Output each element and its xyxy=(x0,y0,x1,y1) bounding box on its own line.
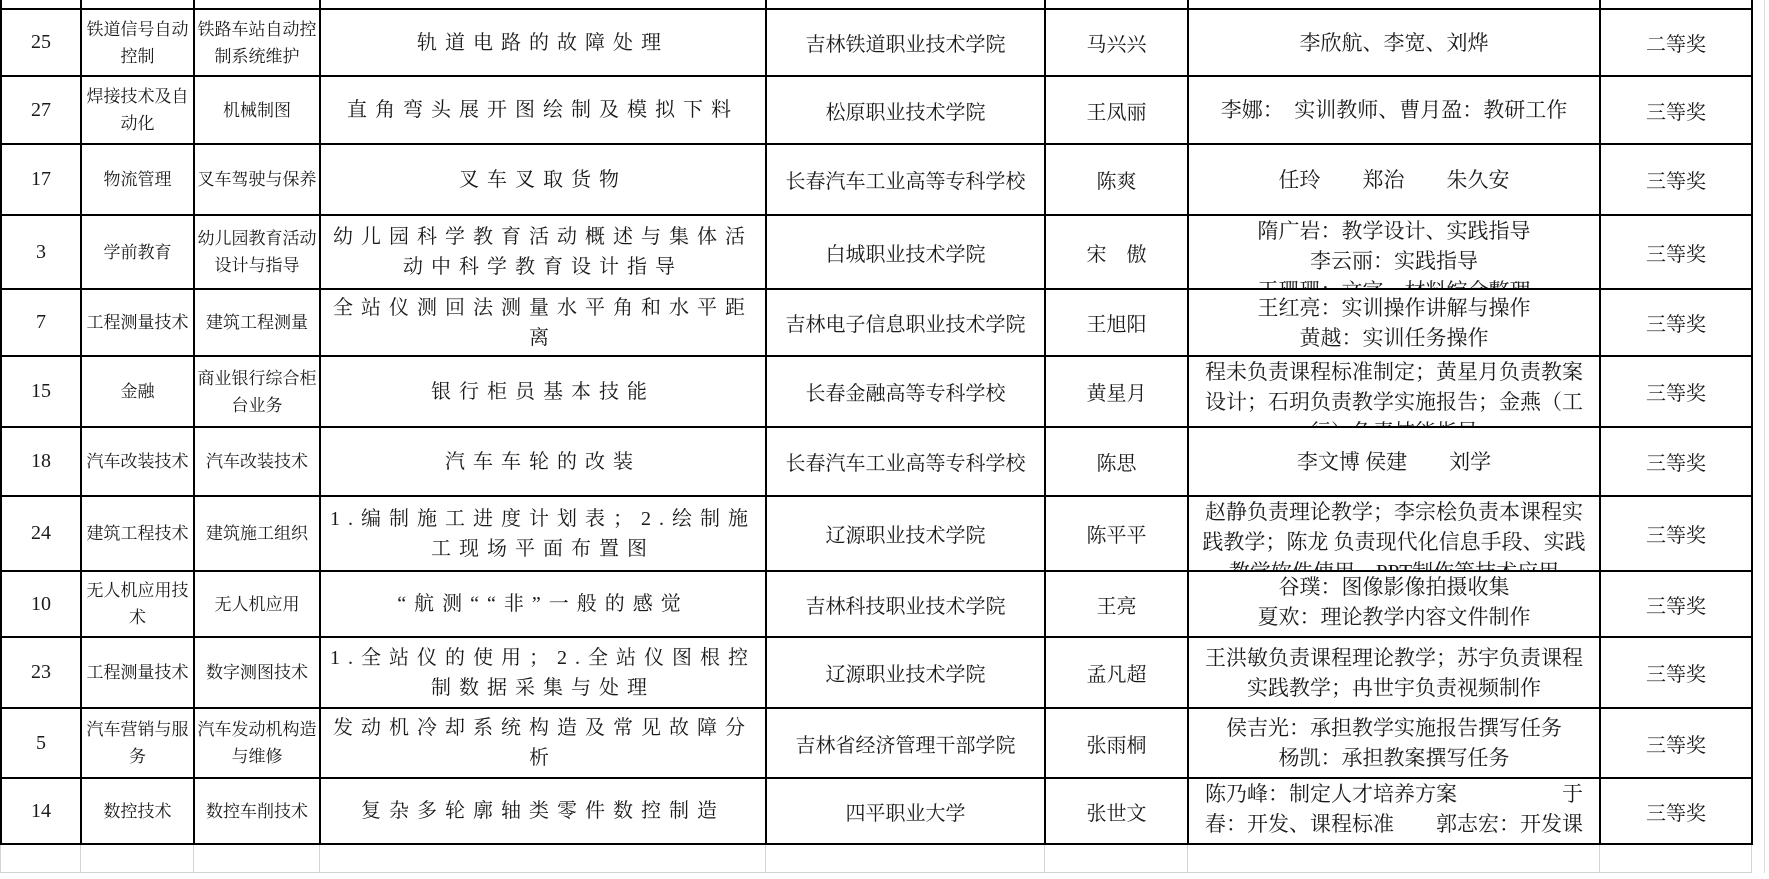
cell-award[interactable]: 二等奖 xyxy=(1601,10,1753,77)
cell-team[interactable]: 隋广岩：教学设计、实践指导李云丽：实践指导王珊珊：文字、材料综合整理 xyxy=(1189,216,1601,290)
cell-team[interactable]: 侯吉光：承担教学实施报告撰写任务杨凯：承担教案撰写任务 xyxy=(1189,709,1601,779)
cell-team[interactable]: 陈乃峰：制定人才培养方案 于春：开发、课程标准 郭志宏：开发课程标准 xyxy=(1189,779,1601,845)
cell-work[interactable]: “航测““非”一般的感觉 xyxy=(321,572,767,638)
cell-work[interactable]: 幼儿园科学教育活动概述与集体活动中科学教育设计指导 xyxy=(321,216,767,290)
team-line: 王红亮：实训操作讲解与操作 xyxy=(1196,293,1592,323)
major-text: 无人机应用技术 xyxy=(84,577,191,631)
cell-award[interactable]: 三等奖 xyxy=(1601,428,1753,497)
cell-teacher[interactable]: 王凤丽 xyxy=(1046,77,1189,145)
cell-school[interactable]: 长春汽车工业高等专科学校 xyxy=(767,428,1046,497)
cell-work[interactable]: 轨道电路的故障处理 xyxy=(321,10,767,77)
table-row: 18 汽车改装技术 汽车改装技术 汽车车轮的改装 长春汽车工业高等专科学校 陈思… xyxy=(0,428,1753,497)
course-text: 铁路车站自动控制系统维护 xyxy=(197,16,317,70)
cell-award[interactable] xyxy=(1601,0,1753,10)
teacher-name: 黄星月 xyxy=(1046,377,1187,406)
major-text: 物流管理 xyxy=(84,166,191,193)
work-title-text: 银行柜员基本技能 xyxy=(322,377,764,407)
row-number: 24 xyxy=(2,522,80,545)
school-text: 长春汽车工业高等专科学校 xyxy=(767,447,1044,476)
row-number: 14 xyxy=(2,800,80,823)
work-title-text: 发动机冷却系统构造及常见故障分析 xyxy=(322,713,764,773)
work-title-text: 1.编制施工进度计划表；2.绘制施工现场平面布置图 xyxy=(322,504,764,564)
teacher-name: 陈平平 xyxy=(1046,519,1187,548)
course-text: 建筑工程测量 xyxy=(197,309,317,336)
school-text: 白城职业技术学院 xyxy=(767,238,1044,267)
teacher-name: 陈思 xyxy=(1046,447,1187,476)
cell-work[interactable]: 叉车叉取货物 xyxy=(321,145,767,216)
work-title-text: 轨道电路的故障处理 xyxy=(322,28,764,58)
cell-no[interactable]: 18 xyxy=(2,428,82,497)
award-badge: 三等奖 xyxy=(1601,308,1751,337)
major-text: 汽车改装技术 xyxy=(84,448,191,475)
cell-school[interactable]: 吉林铁道职业技术学院 xyxy=(767,10,1046,77)
team-line: 李云丽：实践指导 xyxy=(1196,246,1592,276)
school-text: 吉林科技职业技术学院 xyxy=(767,590,1044,619)
major-text: 工程测量技术 xyxy=(84,659,191,686)
cell-course[interactable]: 数字测图技术 xyxy=(195,638,321,709)
cell-school[interactable]: 辽源职业技术学院 xyxy=(767,497,1046,572)
results-table: 25 铁道信号自动控制 铁路车站自动控制系统维护 轨道电路的故障处理 吉林铁道职… xyxy=(0,0,1753,873)
course-text: 建筑施工组织 xyxy=(197,520,317,547)
cell-major[interactable] xyxy=(82,0,195,10)
teacher-name: 宋 傲 xyxy=(1046,238,1187,267)
cell-course[interactable]: 机械制图 xyxy=(195,77,321,145)
cell-teacher[interactable]: 宋 傲 xyxy=(1046,216,1189,290)
course-text: 汽车发动机构造与维修 xyxy=(197,716,317,770)
cell-no[interactable]: 25 xyxy=(2,10,82,77)
cell-no[interactable]: 17 xyxy=(2,145,82,216)
cell-no[interactable] xyxy=(2,0,82,10)
team-line: 夏欢：理论教学内容文件制作 xyxy=(1196,602,1592,632)
gridline-right xyxy=(1764,0,1765,873)
row-number: 7 xyxy=(2,311,80,334)
course-text: 机械制图 xyxy=(197,97,317,124)
award-badge: 三等奖 xyxy=(1601,797,1751,826)
award-badge: 三等奖 xyxy=(1601,590,1751,619)
cell-school[interactable]: 吉林科技职业技术学院 xyxy=(767,572,1046,638)
row-number: 10 xyxy=(2,593,80,616)
cell-team[interactable]: 谷璞：图像影像拍摄收集夏欢：理论教学内容文件制作邓天阳 实训内容文件制作 xyxy=(1189,572,1601,638)
school-text: 长春汽车工业高等专科学校 xyxy=(767,165,1044,194)
cell-course[interactable]: 商业银行综合柜台业务 xyxy=(195,357,321,428)
cell-school[interactable] xyxy=(766,845,1045,873)
cell-work[interactable]: 1.编制施工进度计划表；2.绘制施工现场平面布置图 xyxy=(321,497,767,572)
cell-team[interactable]: 王洪敏负责课程理论教学；苏宇负责课程实践教学；冉世宇负责视频制作 xyxy=(1189,638,1601,709)
work-title-text: 复杂多轮廓轴类零件数控制造 xyxy=(322,796,764,826)
cell-work[interactable]: 全站仪测回法测量水平角和水平距离 xyxy=(321,290,767,357)
cell-team[interactable] xyxy=(1188,845,1600,873)
cell-no[interactable]: 14 xyxy=(2,779,82,845)
cell-no[interactable]: 3 xyxy=(2,216,82,290)
award-badge: 三等奖 xyxy=(1601,729,1751,758)
table-row: 15 金融 商业银行综合柜台业务 银行柜员基本技能 长春金融高等专科学校 黄星月… xyxy=(0,357,1753,428)
cell-school[interactable]: 长春汽车工业高等专科学校 xyxy=(767,145,1046,216)
teacher-name: 陈爽 xyxy=(1046,165,1187,194)
team-line: 任玲 郑治 朱久安 xyxy=(1196,165,1592,195)
cell-work[interactable]: 直角弯头展开图绘制及模拟下料 xyxy=(321,77,767,145)
award-badge: 三等奖 xyxy=(1601,519,1751,548)
cell-team[interactable]: 赵静负责理论教学；李宗桧负责本课程实践教学；陈龙 负责现代化信息手段、实践教学软… xyxy=(1189,497,1601,572)
award-badge: 二等奖 xyxy=(1601,28,1751,57)
team-line: 李娜： 实训教师、曹月盈：教研工作 xyxy=(1196,95,1592,125)
cell-award[interactable]: 三等奖 xyxy=(1601,216,1753,290)
row-number: 15 xyxy=(2,380,80,403)
cell-major[interactable]: 金融 xyxy=(82,357,195,428)
cell-team[interactable]: 李文博 侯建 刘学 xyxy=(1189,428,1601,497)
team-members: 陈乃峰：制定人才培养方案 于春：开发、课程标准 郭志宏：开发课程标准 xyxy=(1196,779,1592,845)
cell-teacher[interactable]: 孟凡超 xyxy=(1046,638,1189,709)
team-members: 王红亮：实训操作讲解与操作黄越：实训任务操作 xyxy=(1196,293,1592,353)
cell-award[interactable]: 三等奖 xyxy=(1601,572,1753,638)
cell-no[interactable]: 15 xyxy=(2,357,82,428)
team-line: 王珊珊：文字、材料综合整理 xyxy=(1196,276,1592,290)
award-badge: 三等奖 xyxy=(1601,658,1751,687)
cell-course[interactable]: 无人机应用 xyxy=(195,572,321,638)
table-row-empty xyxy=(0,845,1753,873)
cell-work[interactable]: 1.全站仪的使用；2.全站仪图根控制数据采集与处理 xyxy=(321,638,767,709)
cell-teacher[interactable]: 张雨桐 xyxy=(1046,709,1189,779)
course-text: 无人机应用 xyxy=(197,591,317,618)
team-line: 谷璞：图像影像拍摄收集 xyxy=(1196,572,1592,602)
school-text: 长春金融高等专科学校 xyxy=(767,377,1044,406)
team-members: 隋广岩：教学设计、实践指导李云丽：实践指导王珊珊：文字、材料综合整理 xyxy=(1196,216,1592,290)
cell-team[interactable]: 王红亮：实训操作讲解与操作黄越：实训任务操作 xyxy=(1189,290,1601,357)
cell-course[interactable]: 汽车发动机构造与维修 xyxy=(195,709,321,779)
cell-team[interactable]: 任玲 郑治 朱久安 xyxy=(1189,145,1601,216)
table-row: 7 工程测量技术 建筑工程测量 全站仪测回法测量水平角和水平距离 吉林电子信息职… xyxy=(0,290,1753,357)
course-text: 叉车驾驶与保养 xyxy=(197,166,317,193)
teacher-name: 孟凡超 xyxy=(1046,658,1187,687)
work-title-text: 1.全站仪的使用；2.全站仪图根控制数据采集与处理 xyxy=(322,643,764,703)
cell-major[interactable]: 学前教育 xyxy=(82,216,195,290)
teacher-name: 张世文 xyxy=(1046,797,1187,826)
work-title-text: 叉车叉取货物 xyxy=(322,165,764,195)
cell-course[interactable]: 汽车改装技术 xyxy=(195,428,321,497)
team-members: 谷璞：图像影像拍摄收集夏欢：理论教学内容文件制作邓天阳 实训内容文件制作 xyxy=(1196,572,1592,638)
team-members: 任玲 郑治 朱久安 xyxy=(1196,165,1592,195)
table-row: 23 工程测量技术 数字测图技术 1.全站仪的使用；2.全站仪图根控制数据采集与… xyxy=(0,638,1753,709)
team-members: 程未负责课程标准制定；黄星月负责教案设计；石玥负责教学实施报告；金燕（工行）负责… xyxy=(1196,357,1592,428)
award-badge: 三等奖 xyxy=(1601,447,1751,476)
teacher-name: 王凤丽 xyxy=(1046,96,1187,125)
course-text: 汽车改装技术 xyxy=(197,448,317,475)
cell-teacher[interactable]: 马兴兴 xyxy=(1046,10,1189,77)
award-badge: 三等奖 xyxy=(1601,165,1751,194)
table-row: 24 建筑工程技术 建筑施工组织 1.编制施工进度计划表；2.绘制施工现场平面布… xyxy=(0,497,1753,572)
team-line: 李欣航、李宽、刘烨 xyxy=(1196,28,1592,58)
cell-teacher[interactable]: 陈平平 xyxy=(1046,497,1189,572)
table-row: 27 焊接技术及自动化 机械制图 直角弯头展开图绘制及模拟下料 松原职业技术学院… xyxy=(0,77,1753,145)
award-badge: 三等奖 xyxy=(1601,377,1751,406)
cell-award[interactable]: 三等奖 xyxy=(1601,357,1753,428)
cell-no[interactable] xyxy=(1,845,81,873)
major-text: 金融 xyxy=(84,378,191,405)
cell-team[interactable]: 李娜： 实训教师、曹月盈：教研工作 xyxy=(1189,77,1601,145)
cell-award[interactable]: 三等奖 xyxy=(1601,290,1753,357)
team-line: 隋广岩：教学设计、实践指导 xyxy=(1196,216,1592,246)
school-text: 吉林电子信息职业技术学院 xyxy=(767,308,1044,337)
table-row: 5 汽车营销与服务 汽车发动机构造与维修 发动机冷却系统构造及常见故障分析 吉林… xyxy=(0,709,1753,779)
teacher-name: 王旭阳 xyxy=(1046,308,1187,337)
cell-school[interactable]: 松原职业技术学院 xyxy=(767,77,1046,145)
cell-no[interactable]: 23 xyxy=(2,638,82,709)
course-text: 幼儿园教育活动设计与指导 xyxy=(197,225,317,279)
cell-major[interactable]: 无人机应用技术 xyxy=(82,572,195,638)
award-badge: 三等奖 xyxy=(1601,238,1751,267)
work-title-text: “航测““非”一般的感觉 xyxy=(322,589,764,619)
cell-major[interactable] xyxy=(81,845,194,873)
cell-major[interactable]: 工程测量技术 xyxy=(82,638,195,709)
cell-major[interactable]: 汽车营销与服务 xyxy=(82,709,195,779)
cell-teacher[interactable]: 黄星月 xyxy=(1046,357,1189,428)
cell-award[interactable]: 三等奖 xyxy=(1601,779,1753,845)
school-text: 四平职业大学 xyxy=(767,797,1044,826)
work-title-text: 直角弯头展开图绘制及模拟下料 xyxy=(322,95,764,125)
major-text: 工程测量技术 xyxy=(84,309,191,336)
cell-teacher[interactable]: 王亮 xyxy=(1046,572,1189,638)
cell-teacher[interactable]: 张世文 xyxy=(1046,779,1189,845)
cell-team[interactable] xyxy=(1189,0,1601,10)
team-members: 侯吉光：承担教学实施报告撰写任务杨凯：承担教案撰写任务 xyxy=(1196,713,1592,773)
row-number: 3 xyxy=(2,241,80,264)
major-text: 汽车营销与服务 xyxy=(84,716,191,770)
cell-no[interactable]: 10 xyxy=(2,572,82,638)
cell-team[interactable]: 李欣航、李宽、刘烨 xyxy=(1189,10,1601,77)
school-text: 松原职业技术学院 xyxy=(767,96,1044,125)
cell-no[interactable]: 24 xyxy=(2,497,82,572)
school-text: 吉林铁道职业技术学院 xyxy=(767,28,1044,57)
cell-work[interactable]: 银行柜员基本技能 xyxy=(321,357,767,428)
cell-award[interactable]: 三等奖 xyxy=(1601,145,1753,216)
team-line: 李文博 侯建 刘学 xyxy=(1196,447,1592,477)
cell-award[interactable]: 三等奖 xyxy=(1601,709,1753,779)
cell-teacher[interactable]: 王旭阳 xyxy=(1046,290,1189,357)
cell-team[interactable]: 程未负责课程标准制定；黄星月负责教案设计；石玥负责教学实施报告；金燕（工行）负责… xyxy=(1189,357,1601,428)
award-badge: 三等奖 xyxy=(1601,96,1751,125)
work-title-text: 全站仪测回法测量水平角和水平距离 xyxy=(322,293,764,353)
cell-major[interactable]: 铁道信号自动控制 xyxy=(82,10,195,77)
cell-work[interactable]: 发动机冷却系统构造及常见故障分析 xyxy=(321,709,767,779)
cell-school[interactable]: 辽源职业技术学院 xyxy=(767,638,1046,709)
row-number: 25 xyxy=(2,31,80,54)
school-text: 辽源职业技术学院 xyxy=(767,658,1044,687)
cell-course[interactable]: 叉车驾驶与保养 xyxy=(195,145,321,216)
major-text: 铁道信号自动控制 xyxy=(84,16,191,70)
school-text: 辽源职业技术学院 xyxy=(767,519,1044,548)
row-number: 17 xyxy=(2,168,80,191)
work-title-text: 幼儿园科学教育活动概述与集体活动中科学教育设计指导 xyxy=(322,222,764,282)
cell-school[interactable]: 白城职业技术学院 xyxy=(767,216,1046,290)
cell-course[interactable]: 数控车削技术 xyxy=(195,779,321,845)
cell-work[interactable]: 汽车车轮的改装 xyxy=(321,428,767,497)
team-line: 陈乃峰：制定人才培养方案 于春：开发、课程标准 郭志宏：开发课程标准 xyxy=(1196,779,1592,845)
cell-teacher[interactable]: 陈思 xyxy=(1046,428,1189,497)
table-row: 3 学前教育 幼儿园教育活动设计与指导 幼儿园科学教育活动概述与集体活动中科学教… xyxy=(0,216,1753,290)
cell-award[interactable]: 三等奖 xyxy=(1601,638,1753,709)
team-members: 李娜： 实训教师、曹月盈：教研工作 xyxy=(1196,95,1592,125)
major-text: 焊接技术及自动化 xyxy=(84,83,191,137)
table-row-clipped-top xyxy=(0,0,1753,10)
cell-no[interactable]: 27 xyxy=(2,77,82,145)
cell-major[interactable]: 焊接技术及自动化 xyxy=(82,77,195,145)
cell-school[interactable]: 吉林电子信息职业技术学院 xyxy=(767,290,1046,357)
team-line: 杨凯：承担教案撰写任务 xyxy=(1196,743,1592,773)
course-text: 商业银行综合柜台业务 xyxy=(197,365,317,419)
cell-course[interactable]: 建筑工程测量 xyxy=(195,290,321,357)
course-text: 数字测图技术 xyxy=(197,659,317,686)
cell-course[interactable]: 铁路车站自动控制系统维护 xyxy=(195,10,321,77)
cell-school[interactable]: 吉林省经济管理干部学院 xyxy=(767,709,1046,779)
cell-major[interactable]: 汽车改装技术 xyxy=(82,428,195,497)
row-number: 23 xyxy=(2,661,80,684)
cell-work[interactable] xyxy=(320,845,766,873)
cell-course[interactable] xyxy=(195,0,321,10)
cell-award[interactable] xyxy=(1600,845,1752,873)
table-row: 10 无人机应用技术 无人机应用 “航测““非”一般的感觉 吉林科技职业技术学院… xyxy=(0,572,1753,638)
cell-award[interactable]: 三等奖 xyxy=(1601,77,1753,145)
cell-major[interactable]: 数控技术 xyxy=(82,779,195,845)
team-line: 侯吉光：承担教学实施报告撰写任务 xyxy=(1196,713,1592,743)
table-row: 17 物流管理 叉车驾驶与保养 叉车叉取货物 长春汽车工业高等专科学校 陈爽 任… xyxy=(0,145,1753,216)
cell-course[interactable] xyxy=(194,845,320,873)
table-row: 25 铁道信号自动控制 铁路车站自动控制系统维护 轨道电路的故障处理 吉林铁道职… xyxy=(0,10,1753,77)
cell-teacher[interactable] xyxy=(1046,0,1189,10)
cell-major[interactable]: 物流管理 xyxy=(82,145,195,216)
school-text: 吉林省经济管理干部学院 xyxy=(767,729,1044,758)
team-line: 王洪敏负责课程理论教学；苏宇负责课程实践教学；冉世宇负责视频制作 xyxy=(1196,643,1592,703)
team-members: 赵静负责理论教学；李宗桧负责本课程实践教学；陈龙 负责现代化信息手段、实践教学软… xyxy=(1196,497,1592,572)
major-text: 建筑工程技术 xyxy=(84,520,191,547)
team-line: 程未负责课程标准制定；黄星月负责教案设计；石玥负责教学实施报告；金燕（工行）负责… xyxy=(1196,357,1592,428)
row-number: 5 xyxy=(2,732,80,755)
team-members: 李文博 侯建 刘学 xyxy=(1196,447,1592,477)
cell-no[interactable]: 5 xyxy=(2,709,82,779)
cell-major[interactable]: 工程测量技术 xyxy=(82,290,195,357)
work-title-text: 汽车车轮的改装 xyxy=(322,447,764,477)
cell-teacher[interactable] xyxy=(1045,845,1188,873)
team-line: 黄越：实训任务操作 xyxy=(1196,323,1592,353)
course-text: 数控车削技术 xyxy=(197,798,317,825)
team-members: 李欣航、李宽、刘烨 xyxy=(1196,28,1592,58)
cell-course[interactable]: 建筑施工组织 xyxy=(195,497,321,572)
table-row: 14 数控技术 数控车削技术 复杂多轮廓轴类零件数控制造 四平职业大学 张世文 … xyxy=(0,779,1753,845)
cell-award[interactable]: 三等奖 xyxy=(1601,497,1753,572)
major-text: 数控技术 xyxy=(84,798,191,825)
cell-work[interactable]: 复杂多轮廓轴类零件数控制造 xyxy=(321,779,767,845)
teacher-name: 王亮 xyxy=(1046,590,1187,619)
table-body: 25 铁道信号自动控制 铁路车站自动控制系统维护 轨道电路的故障处理 吉林铁道职… xyxy=(0,10,1753,845)
cell-school[interactable] xyxy=(767,0,1046,10)
cell-course[interactable]: 幼儿园教育活动设计与指导 xyxy=(195,216,321,290)
cell-school[interactable]: 四平职业大学 xyxy=(767,779,1046,845)
cell-school[interactable]: 长春金融高等专科学校 xyxy=(767,357,1046,428)
teacher-name: 张雨桐 xyxy=(1046,729,1187,758)
row-number: 18 xyxy=(2,450,80,473)
row-number: 27 xyxy=(2,99,80,122)
team-members: 王洪敏负责课程理论教学；苏宇负责课程实践教学；冉世宇负责视频制作 xyxy=(1196,643,1592,703)
cell-no[interactable]: 7 xyxy=(2,290,82,357)
cell-major[interactable]: 建筑工程技术 xyxy=(82,497,195,572)
team-line: 赵静负责理论教学；李宗桧负责本课程实践教学；陈龙 负责现代化信息手段、实践教学软… xyxy=(1196,497,1592,572)
major-text: 学前教育 xyxy=(84,239,191,266)
teacher-name: 马兴兴 xyxy=(1046,28,1187,57)
cell-work[interactable] xyxy=(321,0,767,10)
cell-teacher[interactable]: 陈爽 xyxy=(1046,145,1189,216)
